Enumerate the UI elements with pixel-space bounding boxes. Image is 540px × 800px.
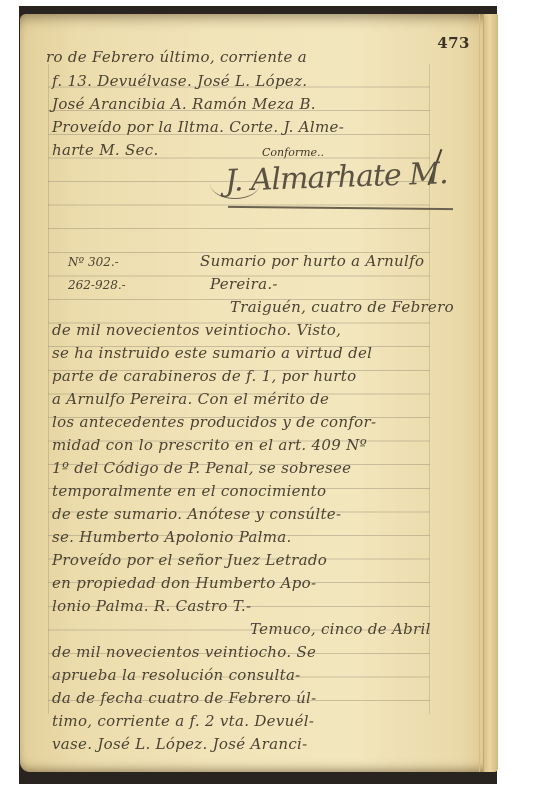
entry-title: Pereira.-: [210, 275, 278, 293]
text-line: Temuco, cinco de Abril: [250, 620, 431, 638]
text-line: Traiguén, cuatro de Febrero: [230, 298, 454, 316]
text-line: temporalmente en el conocimiento: [52, 482, 326, 500]
text-line: 1º del Código de P. Penal, se sobresee: [52, 459, 351, 477]
text-line: ro de Febrero último, corriente a: [46, 48, 307, 66]
text-line: de este sumario. Anótese y consúlte-: [52, 505, 341, 523]
text-line: midad con lo prescrito en el art. 409 Nº: [52, 436, 367, 454]
page-edge: [483, 14, 498, 772]
page-number: 473: [437, 34, 470, 52]
text-line: a Arnulfo Pereira. Con el mérito de: [52, 390, 329, 408]
text-line: parte de carabineros de f. 1, por hurto: [52, 367, 356, 385]
entry-number: Nº 302.-: [68, 255, 119, 269]
text-line: timo, corriente a f. 2 vta. Devuél-: [52, 712, 314, 730]
text-line: da de fecha cuatro de Febrero úl-: [52, 689, 317, 707]
text-line: en propiedad don Humberto Apo-: [52, 574, 316, 592]
page-edge-line: [479, 14, 480, 772]
text-line: de mil novecientos veintiocho. Se: [52, 643, 316, 661]
text-line: Proveído por la Iltma. Corte. J. Alme-: [52, 118, 344, 136]
text-line: se. Humberto Apolonio Palma.: [52, 528, 292, 546]
text-line: de mil novecientos veintiocho. Visto,: [52, 321, 341, 339]
entry-title: Sumario por hurto a Arnulfo: [200, 252, 424, 270]
text-line: harte M. Sec.: [52, 141, 159, 159]
text-line: lonio Palma. R. Castro T.-: [52, 597, 251, 615]
entry-reference: 262-928.-: [68, 278, 126, 292]
text-line: los antecedentes producidos y de confor-: [52, 413, 376, 431]
text-line: f. 13. Devuélvase. José L. López.: [52, 72, 307, 90]
text-line: Proveído por el señor Juez Letrado: [52, 551, 327, 569]
text-line: aprueba la resolución consulta-: [52, 666, 301, 684]
conforme-note: Conforme..: [262, 146, 324, 159]
text-line: vase. José L. López. José Aranci-: [52, 735, 307, 753]
text-line: se ha instruido este sumario a virtud de…: [52, 344, 372, 362]
text-line: José Arancibia A. Ramón Meza B.: [52, 95, 316, 113]
